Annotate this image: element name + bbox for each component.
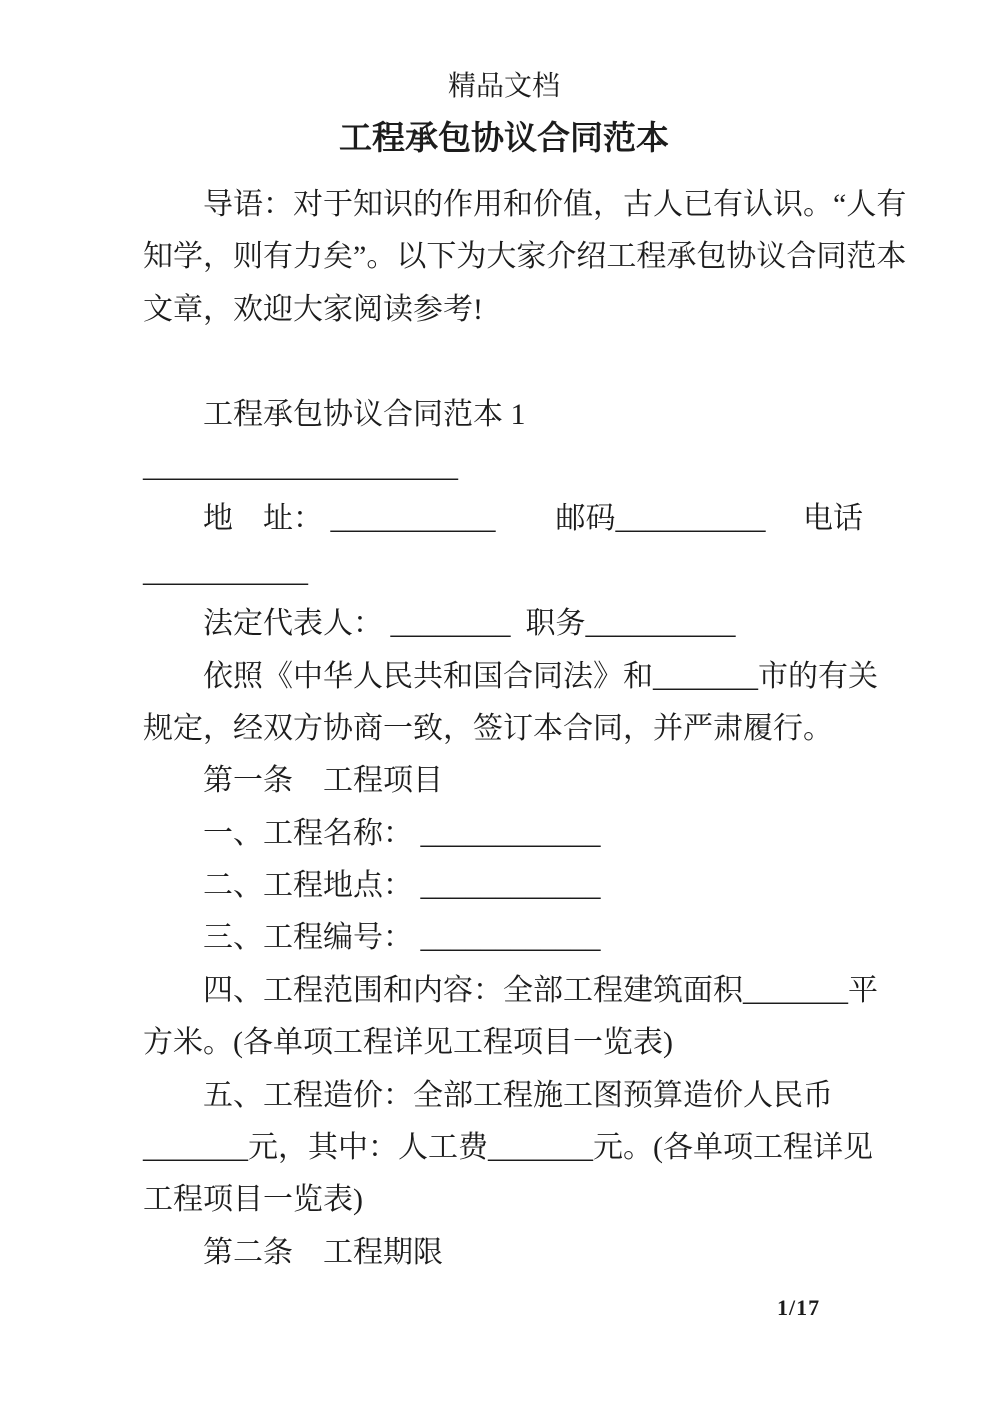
project-name-line: 一、工程名称： ____________ — [143, 808, 865, 860]
project-cost-line-1: 五、工程造价：全部工程施工图预算造价人民币 — [143, 1070, 865, 1122]
document-title: 工程承包协议合同范本 — [143, 116, 865, 162]
document-body: 导语：对于知识的作用和价值，古人已有认识。“人有 知学，则有力矣”。以下为大家介… — [143, 179, 865, 1279]
law-reference-line-1: 依照《中华人民共和国合同法》和_______市的有关 — [143, 651, 865, 703]
project-number-line: 三、工程编号： ____________ — [143, 912, 865, 964]
project-scope-line-1: 四、工程范围和内容：全部工程建筑面积_______平 — [143, 965, 865, 1017]
document-page: 精品文档 工程承包协议合同范本 导语：对于知识的作用和价值，古人已有认识。“人有… — [0, 0, 993, 1404]
project-scope-line-2: 方米。(各单项工程详见工程项目一览表) — [143, 1017, 865, 1069]
fill-in-line-long: _____________________ — [143, 441, 865, 493]
project-cost-line-3: 工程项目一览表) — [143, 1174, 865, 1226]
article-1-heading: 第一条 工程项目 — [143, 755, 865, 807]
intro-line-2: 知学，则有力矣”。以下为大家介绍工程承包协议合同范本 — [143, 231, 865, 283]
intro-line-1: 导语：对于知识的作用和价值，古人已有认识。“人有 — [143, 179, 865, 231]
watermark-header: 精品文档 — [143, 70, 865, 104]
project-cost-line-2: _______元，其中：人工费_______元。(各单项工程详见 — [143, 1122, 865, 1174]
legal-representative-line: 法定代表人： ________ 职务__________ — [143, 598, 865, 650]
fill-in-line-continuation: ___________ — [143, 546, 865, 598]
subtitle-template-1: 工程承包协议合同范本 1 — [143, 389, 865, 441]
project-location-line: 二、工程地点： ____________ — [143, 860, 865, 912]
article-2-heading: 第二条 工程期限 — [143, 1227, 865, 1279]
intro-line-3: 文章，欢迎大家阅读参考! — [143, 284, 865, 336]
page-number: 1/17 — [777, 1295, 820, 1321]
blank-line — [143, 336, 865, 388]
law-reference-line-2: 规定，经双方协商一致，签订本合同，并严肃履行。 — [143, 703, 865, 755]
address-line: 地 址： ___________ 邮码__________ 电话 — [143, 493, 865, 545]
